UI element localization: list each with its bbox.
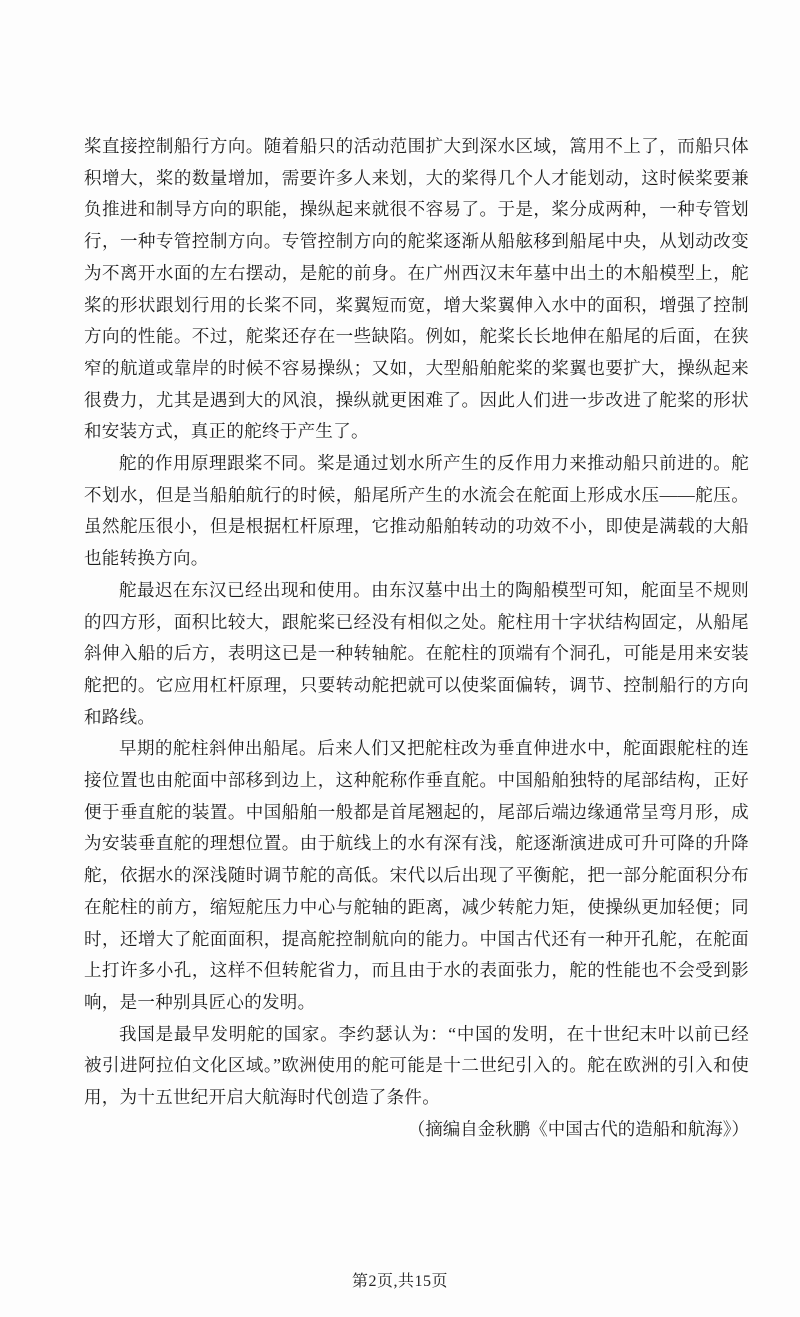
paragraph-china-first: 我国是最早发明舵的国家。李约瑟认为：“中国的发明，在十世纪末叶以前已经被引进阿拉… xyxy=(84,1019,749,1114)
page-number-footer: 第2页,共15页 xyxy=(0,1268,800,1291)
paragraph-eastern-han: 舵最迟在东汉已经出现和使用。由东汉墓中出土的陶船模型可知，舵面呈不规则的四方形，… xyxy=(84,575,749,734)
source-attribution: （摘编自金秋鹏《中国古代的造船和航海》） xyxy=(84,1114,749,1146)
document-page: 桨直接控制船行方向。随着船只的活动范围扩大到深水区域，篙用不上了，而船只体积增大… xyxy=(0,0,800,1317)
paragraph-rudder-principle: 舵的作用原理跟桨不同。桨是通过划水所产生的反作用力来推动船只前进的。舵不划水，但… xyxy=(84,448,749,575)
paragraph-continuation: 桨直接控制船行方向。随着船只的活动范围扩大到深水区域，篙用不上了，而船只体积增大… xyxy=(84,131,749,448)
paragraph-rudder-evolution: 早期的舵柱斜伸出船尾。后来人们又把舵柱改为垂直伸进水中，舵面跟舵柱的连接位置也由… xyxy=(84,733,749,1018)
passage-body: 桨直接控制船行方向。随着船只的活动范围扩大到深水区域，篙用不上了，而船只体积增大… xyxy=(84,131,749,1146)
